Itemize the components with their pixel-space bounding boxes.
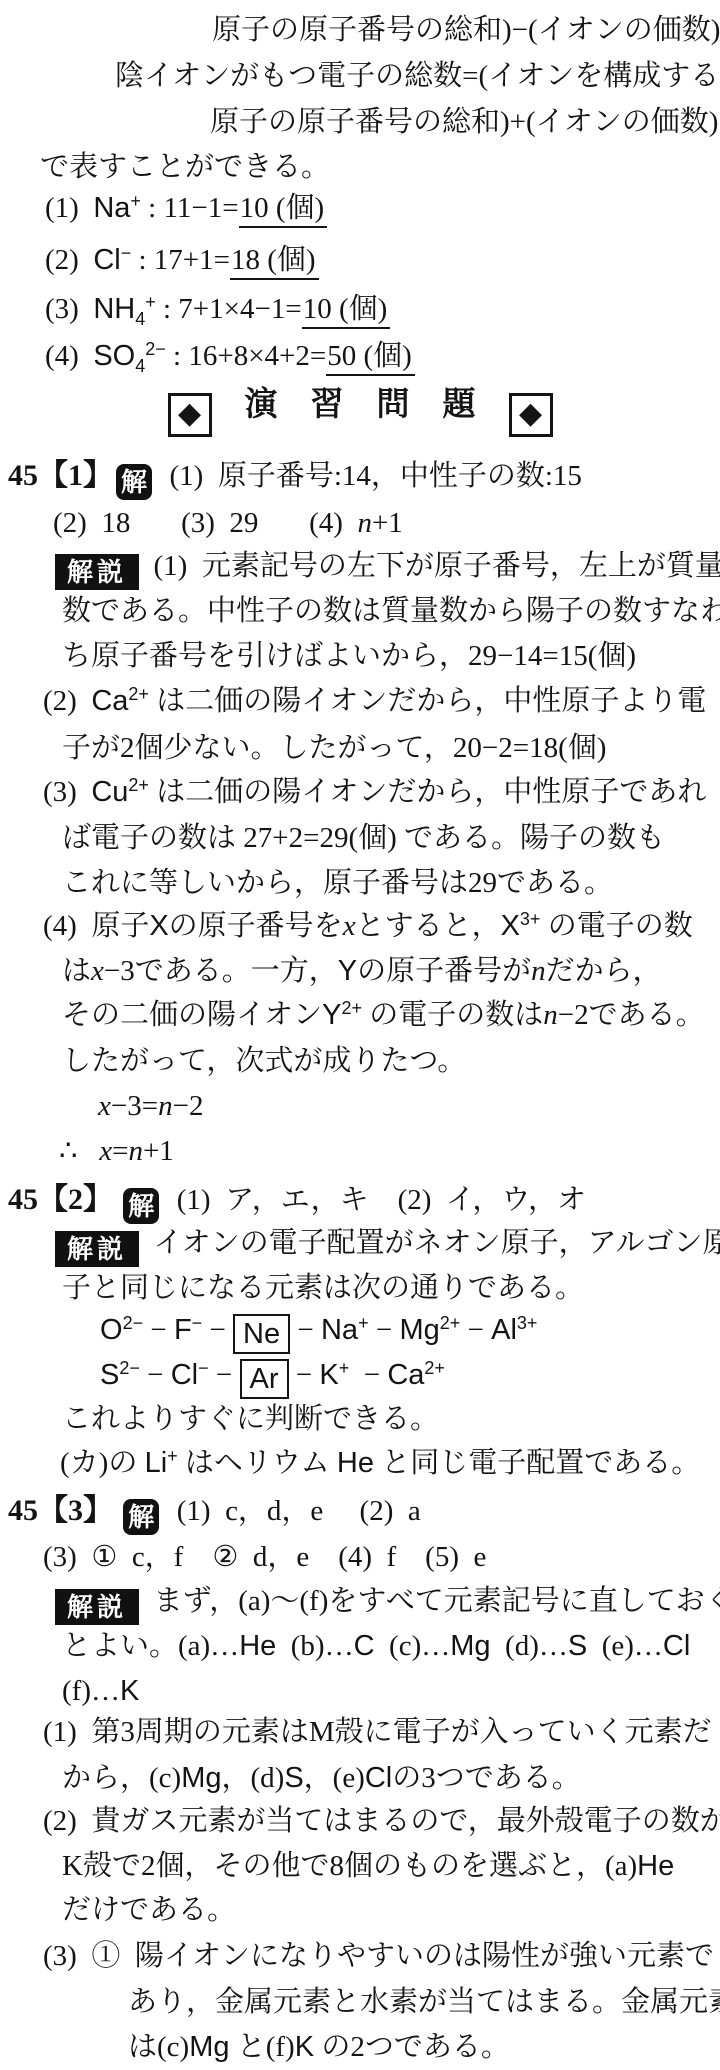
- math-variable: x: [98, 1090, 111, 1122]
- math-variable: n: [531, 955, 546, 987]
- problem-number: 45【2】: [8, 1183, 113, 1216]
- kaisetsu-45-1-item-4d: したがって，次式が成りたつ。: [62, 1039, 466, 1084]
- problem-45-2-answer: 45【2】 解 (1) ア，エ，キ (2) イ，ウ，オ: [8, 1177, 586, 1224]
- text-segment: −: [289, 1359, 320, 1391]
- formula-line-1: 原子の原子番号の総和)−(イオンの価数): [212, 8, 720, 53]
- superscript: 2−: [119, 1358, 140, 1378]
- kaisetsu-45-2-line-3: これよりすぐに判断できる。: [62, 1397, 439, 1442]
- text-segment: だから，: [546, 955, 662, 987]
- text-segment: 原子の原子番号の総和)+(イオンの価数): [210, 106, 718, 138]
- chemical-symbol: Mg: [450, 1630, 490, 1662]
- kaisetsu-45-3-line-3: (f)…K: [62, 1669, 139, 1714]
- answer-item-1: (1) Na+ : 11−1=10 (個): [45, 186, 327, 234]
- kaisetsu-45-3-item-1b: から，(c)Mg，(d)S，(e)Clの3つである。: [62, 1756, 581, 1801]
- text-segment: とよい。(a)…: [62, 1630, 239, 1662]
- text-segment: ，(e): [304, 1762, 365, 1794]
- kaisetsu-45-1-item-4c: その二価の陽イオンY2+ の電子の数はn−2である。: [62, 993, 705, 1041]
- config-series-ar: S2− − Cl− − Ar − K+ − Ca2+: [100, 1353, 445, 1401]
- superscript: −: [192, 1313, 203, 1333]
- text-segment: +1: [143, 1135, 174, 1167]
- text-segment: これよりすぐに判断できる。: [62, 1403, 439, 1435]
- text-segment: (b)…: [276, 1630, 353, 1662]
- chemical-symbol: C: [354, 1630, 375, 1662]
- kaisetsu-45-2-line-4: (カ)の Li+ はヘリウム He と同じ電子配置である。: [60, 1441, 700, 1489]
- answer-item-3: (3) NH4+ : 7+1×4−1=10 (個): [45, 287, 390, 335]
- chemical-symbol: Mg: [399, 1314, 439, 1346]
- text-segment: 陰イオンがもつ電子の総数=(イオンを構成する: [115, 60, 719, 92]
- chemical-symbol: S: [284, 1762, 303, 1794]
- answer-item-4: (4) SO42− : 16+8×4+2=50 (個): [45, 334, 415, 382]
- superscript: 2+: [424, 1358, 445, 1378]
- text-segment: したがって，次式が成りたつ。: [62, 1045, 466, 1077]
- formula-line-3: 原子の原子番号の総和)+(イオンの価数): [210, 100, 718, 145]
- text-segment: [113, 1495, 120, 1527]
- text-segment: : 11−1=: [141, 192, 239, 224]
- chemical-symbol: X: [149, 910, 168, 942]
- text-segment: の3つである。: [392, 1762, 581, 1794]
- kaisetsu-45-3-item-2a: (2) 貴ガス元素が当てはまるので，最外殻電子の数が: [43, 1799, 720, 1844]
- equation-1: x−3=n−2: [98, 1084, 203, 1129]
- kaisetsu-45-2-line-1: 解説 イオンの電子配置がネオン原子，アルゴン原: [55, 1221, 720, 1267]
- chemical-symbol: X: [501, 910, 520, 942]
- chemical-symbol: K: [295, 2031, 314, 2063]
- text-segment: (4) 原子: [43, 910, 149, 942]
- equation-2: ∴ x=n+1: [59, 1129, 174, 1174]
- text-segment: とすると，: [356, 910, 501, 942]
- chemical-symbol: Ca: [387, 1359, 424, 1391]
- chemical-symbol: Y: [338, 955, 357, 987]
- text-segment: −2である。: [558, 999, 705, 1031]
- underlined-answer: 10 (個): [239, 192, 328, 228]
- kaisetsu-45-1-item-4b: はx−3である。一方，Yの原子番号がnだから，: [62, 949, 662, 994]
- kaisetsu-45-1-item-2a: (2) Ca2+ は二価の陽イオンだから，中性原子より電: [43, 679, 706, 727]
- text-segment: あり，金属元素と水素が当てはまる。金属元素: [128, 1986, 720, 2018]
- chemical-symbol: F: [174, 1314, 192, 1346]
- chemical-symbol: Na: [93, 192, 130, 224]
- superscript: 2+: [128, 775, 149, 795]
- text-segment: (2) 18 (3) 29 (4): [53, 507, 357, 539]
- chemical-symbol: K: [120, 1675, 139, 1707]
- text-segment: (カ)の: [60, 1447, 145, 1479]
- problem-45-1-answer-2: (2) 18 (3) 29 (4) n+1: [53, 501, 403, 546]
- solution-badge: 解: [116, 464, 152, 500]
- explanation-badge: 解説: [55, 1231, 139, 1267]
- problem-45-3-answer: 45【3】 解 (1) c，d，e (2) a: [8, 1488, 421, 1535]
- math-variable: n: [543, 999, 558, 1031]
- text-segment: =: [112, 1135, 128, 1167]
- text-segment: ，(d): [221, 1762, 284, 1794]
- text-segment: (2) 貴ガス元素が当てはまるので，最外殻電子の数が: [43, 1805, 720, 1837]
- chemical-symbol: Mg: [181, 1762, 221, 1794]
- kaisetsu-45-3-item-3b: あり，金属元素と水素が当てはまる。金属元素: [128, 1980, 720, 2025]
- chemical-symbol: Mg: [189, 2031, 229, 2063]
- chemical-symbol: Al: [491, 1314, 517, 1346]
- chemical-symbol: Cl: [93, 244, 120, 276]
- superscript: 2+: [128, 684, 149, 704]
- text-segment: (1) 第3周期の元素はM殻に電子が入っていく元素だ: [43, 1716, 712, 1748]
- chemical-symbol: Cl: [365, 1762, 392, 1794]
- superscript: 2−: [145, 339, 166, 359]
- superscript: 3+: [520, 909, 541, 929]
- text-segment: −: [202, 1314, 233, 1346]
- answer-item-2: (2) Cl− : 17+1=18 (個): [45, 238, 319, 286]
- text-segment: (c)…: [375, 1630, 451, 1662]
- text-segment: は(c): [128, 2031, 189, 2063]
- chemical-symbol: Na: [321, 1314, 358, 1346]
- chemical-symbol: S: [568, 1630, 587, 1662]
- text-segment: (3) ① c，f ② d，e (4) f (5) e: [43, 1541, 486, 1573]
- text-segment: −3である。一方，: [104, 955, 338, 987]
- superscript: +: [358, 1313, 369, 1333]
- math-variable: n: [158, 1090, 173, 1122]
- text-segment: [113, 1184, 120, 1216]
- chemical-symbol: Li: [145, 1447, 168, 1479]
- superscript: 2+: [440, 1313, 461, 1333]
- kaisetsu-45-1-item-3b: ば電子の数は 27+2=29(個) である。陽子の数も: [62, 816, 665, 861]
- solution-badge: 解: [123, 1188, 159, 1224]
- text-segment: 数である。中性子の数は質量数から陽子の数すなわ: [62, 595, 720, 627]
- text-segment: は二価の陽イオンだから，中性原子より電: [149, 685, 706, 717]
- kaisetsu-45-1-item-3c: これに等しいから，原子番号は29である。: [62, 861, 613, 906]
- superscript: 2+: [341, 998, 362, 1018]
- text-segment: 子が2個少ない。したがって，20−2=18(個): [62, 732, 606, 764]
- math-variable: x: [99, 1135, 112, 1167]
- text-segment: 原子の原子番号の総和)−(イオンの価数): [212, 14, 720, 46]
- text-segment: (1): [45, 192, 93, 224]
- chemical-symbol: O: [100, 1314, 123, 1346]
- text-segment: (1) c，d，e (2) a: [162, 1495, 421, 1527]
- underlined-answer: 18 (個): [230, 244, 319, 280]
- boxed-diamond-icon: ◆: [509, 393, 553, 437]
- text-segment: : 16+8×4+2=: [166, 340, 326, 372]
- subscript: 4: [135, 309, 145, 329]
- text-segment: (d)…: [491, 1630, 568, 1662]
- kaisetsu-45-1-line-2: 数である。中性子の数は質量数から陽子の数すなわ: [62, 589, 720, 634]
- text-segment: はヘリウム: [178, 1447, 337, 1479]
- explanation-badge: 解説: [55, 1589, 139, 1625]
- text-segment: (f)…: [62, 1675, 120, 1707]
- kaisetsu-45-3-item-2c: だけである。: [62, 1888, 236, 1933]
- text-segment: −: [140, 1359, 171, 1391]
- text-segment: : 7+1×4−1=: [156, 293, 302, 325]
- superscript: 2−: [123, 1313, 144, 1333]
- subscript: 4: [135, 356, 145, 376]
- boxed-diamond-icon: ◆: [168, 393, 212, 437]
- text-segment: の原子番号が: [357, 955, 531, 987]
- text-segment: ち原子番号を引けばよいから，29−14=15(個): [62, 640, 636, 672]
- text-segment: で表すことができる。: [40, 151, 330, 183]
- text-segment: −: [143, 1314, 174, 1346]
- math-variable: n: [357, 507, 372, 539]
- header-text: 演 習 問 題: [212, 385, 509, 422]
- chemical-symbol: Cu: [91, 776, 128, 808]
- kaisetsu-45-3-item-2b: K殻で2個，その他で8個のものを選ぶと，(a)He: [62, 1844, 674, 1889]
- text-segment: は二価の陽イオンだから，中性原子であれ: [149, 776, 706, 808]
- text-segment: −: [369, 1314, 400, 1346]
- text-segment: の2つである。: [314, 2031, 510, 2063]
- text-segment: (1) 原子番号:14，中性子の数:15: [155, 460, 582, 492]
- text-segment: −: [349, 1359, 387, 1391]
- text-segment: (e)…: [587, 1630, 663, 1662]
- text-segment: だけである。: [62, 1894, 236, 1926]
- kaisetsu-45-1-item-4a: (4) 原子Xの原子番号をxとすると，X3+ の電子の数: [43, 904, 693, 952]
- text-segment: : 17+1=: [131, 244, 230, 276]
- textbook-page: 原子の原子番号の総和)−(イオンの価数)陰イオンがもつ電子の総数=(イオンを構成…: [0, 0, 720, 2070]
- kaisetsu-45-3-item-1a: (1) 第3周期の元素はM殻に電子が入っていく元素だ: [43, 1710, 712, 1755]
- kaisetsu-45-1-item-2b: 子が2個少ない。したがって，20−2=18(個): [62, 726, 606, 771]
- chemical-symbol: Ca: [91, 685, 128, 717]
- solution-badge: 解: [123, 1499, 159, 1535]
- chemical-symbol: Cl: [663, 1630, 690, 1662]
- chemical-symbol: He: [637, 1850, 674, 1882]
- text-segment: −2: [173, 1090, 204, 1122]
- explanation-badge: 解説: [55, 554, 139, 590]
- kaisetsu-45-3-item-3a: (3) ① 陽イオンになりやすいのは陽性が強い元素で: [43, 1934, 714, 1979]
- chemical-symbol: SO: [93, 340, 135, 372]
- text-segment: ば電子の数は 27+2=29(個) である。陽子の数も: [62, 822, 665, 854]
- text-segment: (1) ア，エ，キ (2) イ，ウ，オ: [162, 1184, 586, 1216]
- problem-number: 45【1】: [8, 459, 113, 492]
- problem-number: 45【3】: [8, 1494, 113, 1527]
- text-segment: (2): [43, 685, 91, 717]
- text-segment: と同じ電子配置である。: [374, 1447, 700, 1479]
- math-variable: x: [343, 910, 356, 942]
- problem-45-3-answer-2: (3) ① c，f ② d，e (4) f (5) e: [43, 1535, 486, 1580]
- kaisetsu-45-1-item-3a: (3) Cu2+ は二価の陽イオンだから，中性原子であれ: [43, 770, 706, 818]
- boxed-element-symbol: Ne: [233, 1314, 290, 1354]
- formula-line-2: 陰イオンがもつ電子の総数=(イオンを構成する: [115, 54, 719, 99]
- chemical-symbol: Cl: [171, 1359, 198, 1391]
- chemical-symbol: S: [100, 1359, 119, 1391]
- text-segment: ∴: [59, 1135, 99, 1167]
- text-segment: +1: [372, 507, 403, 539]
- text-segment: K殻で2個，その他で8個のものを選ぶと，(a): [62, 1850, 637, 1882]
- text-segment: その二価の陽イオン: [62, 999, 322, 1031]
- underlined-answer: 10 (個): [302, 293, 391, 329]
- superscript: −: [121, 243, 132, 263]
- superscript: +: [145, 292, 156, 312]
- chemical-symbol: K: [319, 1359, 338, 1391]
- text-segment: は: [62, 955, 91, 987]
- text-segment: まず，(a)～(f)をすべて元素記号に直しておく: [139, 1585, 720, 1617]
- superscript: +: [167, 1446, 178, 1466]
- chemical-symbol: He: [337, 1447, 374, 1479]
- text-segment: 子と同じになる元素は次の通りである。: [62, 1272, 584, 1304]
- text-segment: (4): [45, 340, 93, 372]
- kaisetsu-45-1-line-1: 解説 (1) 元素記号の左下が原子番号，左上が質量: [55, 544, 720, 590]
- boxed-element-symbol: Ar: [240, 1359, 289, 1399]
- math-variable: n: [128, 1135, 143, 1167]
- text-segment: (3): [43, 776, 91, 808]
- math-variable: x: [91, 955, 104, 987]
- text-segment: −3=: [111, 1090, 158, 1122]
- text-segment: の原子番号を: [169, 910, 343, 942]
- text-segment: −: [209, 1359, 240, 1391]
- text-segment: (2): [45, 244, 93, 276]
- chemical-symbol: Y: [322, 999, 341, 1031]
- text-segment: (3) ① 陽イオンになりやすいのは陽性が強い元素で: [43, 1940, 714, 1972]
- text-segment: −: [460, 1314, 491, 1346]
- text-segment: これに等しいから，原子番号は29である。: [62, 867, 613, 899]
- text-segment: (3): [45, 293, 93, 325]
- superscript: +: [130, 191, 141, 211]
- superscript: 3+: [517, 1313, 538, 1333]
- kaisetsu-45-3-line-2: とよい。(a)…He (b)…C (c)…Mg (d)…S (e)…Cl: [62, 1624, 690, 1669]
- text-segment: の電子の数: [540, 910, 692, 942]
- text-segment: (1) 元素記号の左下が原子番号，左上が質量: [139, 550, 720, 582]
- superscript: −: [198, 1358, 209, 1378]
- text-segment: の電子の数は: [362, 999, 543, 1031]
- exercise-header: ◆ 演 習 問 題 ◆: [0, 381, 720, 437]
- chemical-symbol: NH: [93, 293, 135, 325]
- kaisetsu-45-3-line-1: 解説 まず，(a)～(f)をすべて元素記号に直しておく: [55, 1579, 720, 1625]
- text-segment: と(f): [229, 2031, 294, 2063]
- kaisetsu-45-1-line-3: ち原子番号を引けばよいから，29−14=15(個): [62, 634, 636, 679]
- chemical-symbol: He: [239, 1630, 276, 1662]
- problem-45-1-answer: 45【1】解 (1) 原子番号:14，中性子の数:15: [8, 453, 582, 500]
- underlined-answer: 50 (個): [326, 340, 415, 376]
- superscript: +: [339, 1358, 350, 1378]
- formula-line-4: で表すことができる。: [40, 145, 330, 190]
- kaisetsu-45-2-line-2: 子と同じになる元素は次の通りである。: [62, 1266, 584, 1311]
- kaisetsu-45-3-item-3c: は(c)Mg と(f)K の2つである。: [128, 2025, 510, 2070]
- config-series-ne: O2− − F− − Ne − Na+ − Mg2+ − Al3+: [100, 1308, 537, 1356]
- text-segment: −: [290, 1314, 321, 1346]
- text-segment: から，(c): [62, 1762, 181, 1794]
- text-segment: イオンの電子配置がネオン原子，アルゴン原: [139, 1227, 720, 1259]
